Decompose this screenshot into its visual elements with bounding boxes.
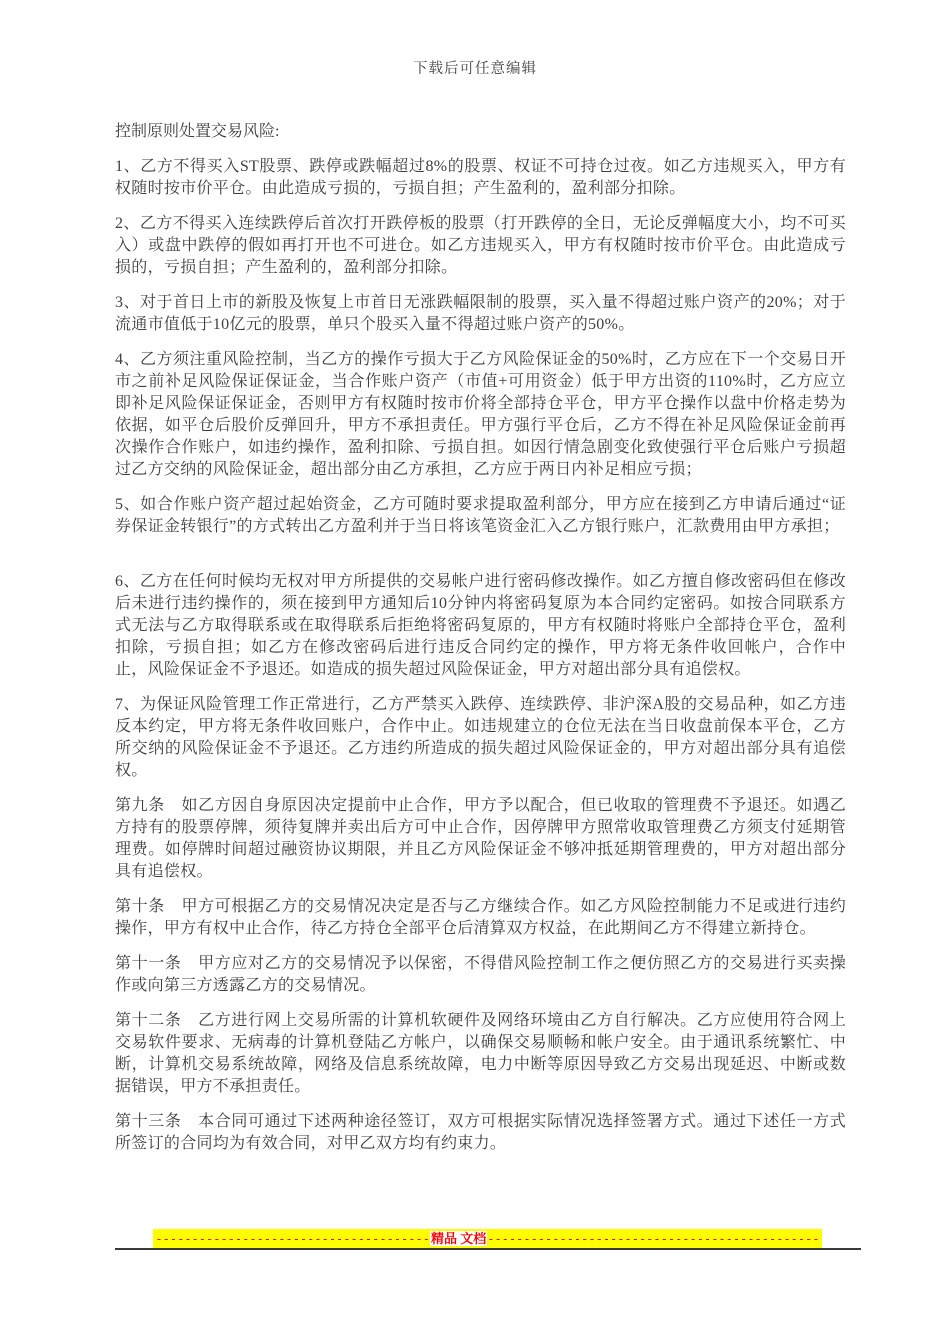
paragraph-1: 1、乙方不得买入ST股票、跌停或跌幅超过8%的股票、权证不可持仓过夜。如乙方违规… <box>115 156 846 200</box>
document-body: 控制原则处置交易风险: 1、乙方不得买入ST股票、跌停或跌幅超过8%的股票、权证… <box>115 121 846 1168</box>
footer-highlight-line: --------------------------------------精品… <box>153 1229 822 1248</box>
paragraph-3: 3、对于首日上市的新股及恢复上市首日无涨跌幅限制的股票，买入量不得超过账户资产的… <box>115 292 846 336</box>
clause-10: 第十条 甲方可根据乙方的交易情况决定是否与乙方继续合作。如乙方风险控制能力不足或… <box>115 896 846 940</box>
clause-9: 第九条 如乙方因自身原因决定提前中止合作，甲方予以配合，但已收取的管理费不予退还… <box>115 795 846 883</box>
footer-dashes-right: ----------------------------------------… <box>487 1232 819 1246</box>
document-page: { "page": { "background_color": "#ffffff… <box>0 0 950 1344</box>
paragraph-5: 5、如合作账户资产超过起始资金，乙方可随时要求提取盈利部分，甲方应在接到乙方申请… <box>115 494 846 538</box>
footer-dashes-left: -------------------------------------- <box>155 1232 430 1246</box>
paragraph-7: 7、为保证风险管理工作正常进行，乙方严禁买入跌停、连续跌停、非沪深A股的交易品种… <box>115 694 846 782</box>
clause-11: 第十一条 甲方应对乙方的交易情况予以保密，不得借风险控制工作之便仿照乙方的交易进… <box>115 953 846 997</box>
paragraph-4: 4、乙方须注重风险控制，当乙方的操作亏损大于乙方风险保证金的50%时，乙方应在下… <box>115 349 846 481</box>
paragraph-2: 2、乙方不得买入连续跌停后首次打开跌停板的股票（打开跌停的全日，无论反弹幅度大小… <box>115 213 846 279</box>
page-footer: --------------------------------------精品… <box>115 1229 861 1250</box>
clause-12: 第十二条 乙方进行网上交易所需的计算机软硬件及网络环境由乙方自行解决。乙方应使用… <box>115 1010 846 1098</box>
bottom-rule <box>115 1248 861 1250</box>
document-title: 控制原则处置交易风险: <box>115 121 846 143</box>
header-note: 下载后可任意编辑 <box>0 57 950 78</box>
clause-13: 第十三条 本合同可通过下述两种途径签订，双方可根据实际情况选择签署方式。通过下述… <box>115 1111 846 1155</box>
paragraph-6: 6、乙方在任何时候均无权对甲方所提供的交易帐户进行密码修改操作。如乙方擅自修改密… <box>115 571 846 681</box>
footer-label: 精品 文档 <box>430 1231 487 1246</box>
